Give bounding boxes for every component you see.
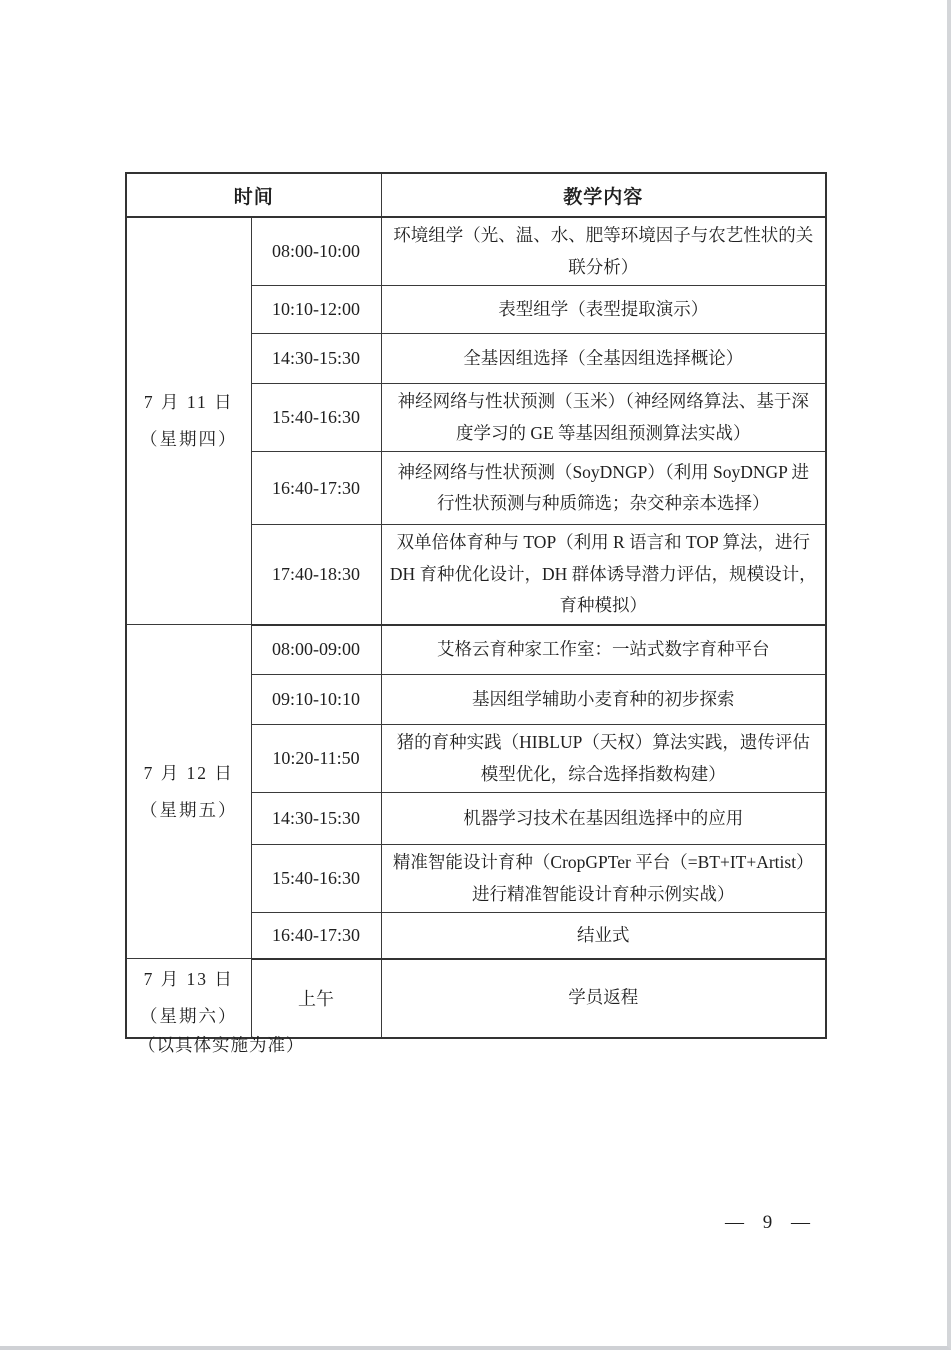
document-page: 时间 教学内容 7 月 11 日 （星期四） 08:00-10:00 环境组学（… xyxy=(0,0,951,1350)
time-cell: 16:40-17:30 xyxy=(251,452,381,525)
time-cell: 17:40-18:30 xyxy=(251,525,381,625)
time-cell: 14:30-15:30 xyxy=(251,793,381,845)
day-weekday: （星期六） xyxy=(140,1006,238,1026)
day-weekday: （星期四） xyxy=(140,429,238,449)
time-cell: 15:40-16:30 xyxy=(251,384,381,452)
content-cell: 结业式 xyxy=(381,913,826,959)
day-cell: 7 月 13 日 （星期六） xyxy=(126,959,251,1038)
content-cell: 艾格云育种家工作室：一站式数字育种平台 xyxy=(381,625,826,675)
content-cell: 环境组学（光、温、水、肥等环境因子与农艺性状的关联分析） xyxy=(381,217,826,286)
time-cell: 16:40-17:30 xyxy=(251,913,381,959)
content-cell: 表型组学（表型提取演示） xyxy=(381,286,826,334)
time-cell: 10:10-12:00 xyxy=(251,286,381,334)
day-cell: 7 月 11 日 （星期四） xyxy=(126,217,251,625)
page-number: — 9 — xyxy=(0,1212,810,1234)
footnote: （以具体实施为准） xyxy=(138,1032,305,1057)
table-row: 7 月 13 日 （星期六） 上午 学员返程 xyxy=(126,959,826,1038)
content-cell: 神经网络与性状预测（玉米）（神经网络算法、基于深度学习的 GE 等基因组预测算法… xyxy=(381,384,826,452)
content-cell: 全基因组选择（全基因组选择概论） xyxy=(381,334,826,384)
day-date: 7 月 11 日 xyxy=(144,392,234,412)
time-cell: 15:40-16:30 xyxy=(251,845,381,913)
day-date: 7 月 13 日 xyxy=(144,969,234,989)
content-cell: 神经网络与性状预测（SoyDNGP）（利用 SoyDNGP 进行性状预测与种质筛… xyxy=(381,452,826,525)
table-row: 7 月 12 日 （星期五） 08:00-09:00 艾格云育种家工作室：一站式… xyxy=(126,625,826,675)
schedule-table: 时间 教学内容 7 月 11 日 （星期四） 08:00-10:00 环境组学（… xyxy=(125,172,827,1039)
content-cell: 学员返程 xyxy=(381,959,826,1038)
table-row: 7 月 11 日 （星期四） 08:00-10:00 环境组学（光、温、水、肥等… xyxy=(126,217,826,286)
header-time: 时间 xyxy=(126,173,381,217)
time-cell: 08:00-09:00 xyxy=(251,625,381,675)
content-cell: 双单倍体育种与 TOP（利用 R 语言和 TOP 算法，进行 DH 育种优化设计… xyxy=(381,525,826,625)
day-date: 7 月 12 日 xyxy=(144,763,234,783)
content-cell: 机器学习技术在基因组选择中的应用 xyxy=(381,793,826,845)
table-header-row: 时间 教学内容 xyxy=(126,173,826,217)
day-weekday: （星期五） xyxy=(140,800,238,820)
time-cell: 08:00-10:00 xyxy=(251,217,381,286)
content-cell: 基因组学辅助小麦育种的初步探索 xyxy=(381,675,826,725)
time-cell: 上午 xyxy=(251,959,381,1038)
content-cell: 精准智能设计育种（CropGPTer 平台（=BT+IT+Artist）进行精准… xyxy=(381,845,826,913)
time-cell: 09:10-10:10 xyxy=(251,675,381,725)
header-content: 教学内容 xyxy=(381,173,826,217)
time-cell: 14:30-15:30 xyxy=(251,334,381,384)
time-cell: 10:20-11:50 xyxy=(251,725,381,793)
day-cell: 7 月 12 日 （星期五） xyxy=(126,625,251,959)
content-cell: 猪的育种实践（HIBLUP（天权）算法实践，遗传评估模型优化，综合选择指数构建） xyxy=(381,725,826,793)
